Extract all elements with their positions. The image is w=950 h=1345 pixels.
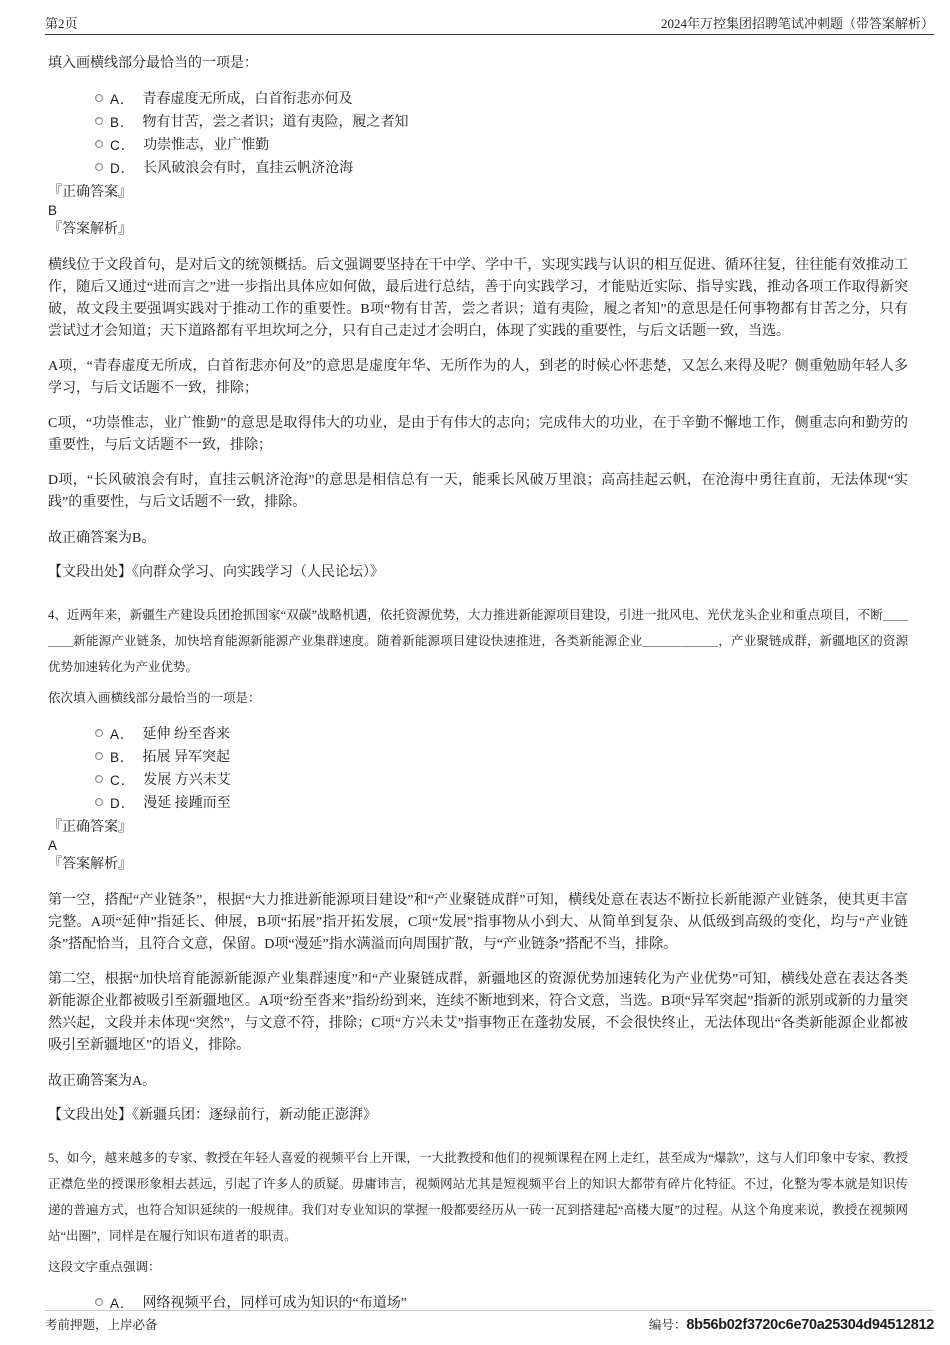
page-footer: 考前押题，上岸必备 编号：8b56b02f3720c6e70a25304d945… <box>0 1310 950 1333</box>
q4-analysis-paragraph: 第二空，根据“加快培育能源新能源产业集群速度”和“产业聚链成群，新疆地区的资源优… <box>48 969 908 1057</box>
option-text: 网络视频平台，同样可成为知识的“布道场” <box>143 1292 407 1312</box>
q4-source: 【文段出处】《新疆兵团：逐绿前行，新动能正澎湃》 <box>48 1105 908 1127</box>
option-letter: A． <box>110 88 135 108</box>
option-letter: D． <box>110 157 135 177</box>
radio-button-icon[interactable] <box>95 775 103 783</box>
q3-option-d[interactable]: D． 长风破浪会有时，直挂云帆济沧海 <box>48 155 908 178</box>
footer-divider <box>45 1310 934 1311</box>
option-letter: B． <box>110 746 135 766</box>
q3-analysis-paragraph: C项，“功崇惟志，业广惟勤”的意思是取得伟大的功业，是由于有伟大的志向；完成伟大… <box>48 413 908 457</box>
q4-options: A． 延伸 纷至沓来 B． 拓展 异军突起 C． 发展 方兴未艾 D． 漫延 接… <box>48 721 908 813</box>
q4-analysis-paragraph: 第一空，搭配“产业链条”，根据“大力推进新能源项目建设”和“产业聚链成群”可知，… <box>48 890 908 956</box>
option-text: 拓展 异军突起 <box>143 746 231 766</box>
radio-button-icon[interactable] <box>95 752 103 760</box>
q5-prompt: 这段文字重点强调： <box>48 1259 908 1276</box>
q3-options: A． 青春虚度无所成，白首衔悲亦何及 B． 物有甘苦，尝之者识；道有夷险，履之者… <box>48 86 908 178</box>
q3-prompt: 填入画横线部分最恰当的一项是： <box>48 55 908 72</box>
radio-button-icon[interactable] <box>95 729 103 737</box>
q3-option-a[interactable]: A． 青春虚度无所成，白首衔悲亦何及 <box>48 86 908 109</box>
footer-serial-value: 8b56b02f3720c6e70a25304d94512812 <box>686 1317 934 1333</box>
q4-correct-answer-header: 『正确答案』 <box>48 818 908 837</box>
q3-source: 【文段出处】《向群众学习、向实践学习（人民论坛）》 <box>48 562 908 584</box>
q4-option-b[interactable]: B． 拓展 异军突起 <box>48 744 908 767</box>
footer-slogan: 考前押题，上岸必备 <box>45 1315 158 1333</box>
radio-button-icon[interactable] <box>95 1298 103 1306</box>
q4-option-a[interactable]: A． 延伸 纷至沓来 <box>48 721 908 744</box>
q3-analysis-header: 『答案解析』 <box>48 220 908 239</box>
radio-button-icon[interactable] <box>95 798 103 806</box>
option-text: 漫延 接踵而至 <box>143 792 231 812</box>
q3-analysis-paragraph: 横线位于文段首句，是对后文的统领概括。后文强调要坚持在干中学、学中干，实现实践与… <box>48 255 908 343</box>
q4-prompt: 依次填入画横线部分最恰当的一项是： <box>48 690 908 707</box>
q4-option-c[interactable]: C． 发展 方兴未艾 <box>48 767 908 790</box>
option-text: 发展 方兴未艾 <box>143 769 231 789</box>
q3-conclusion: 故正确答案为B。 <box>48 528 908 550</box>
q3-option-b[interactable]: B． 物有甘苦，尝之者识；道有夷险，履之者知 <box>48 109 908 132</box>
option-letter: C． <box>110 769 135 789</box>
q3-analysis-paragraph: D项，“长风破浪会有时，直挂云帆济沧海”的意思是相信总有一天，能乘长风破万里浪；… <box>48 470 908 514</box>
radio-button-icon[interactable] <box>95 140 103 148</box>
page-number: 第2页 <box>45 13 78 32</box>
q3-correct-answer-header: 『正确答案』 <box>48 183 908 202</box>
q3-option-c[interactable]: C． 功崇惟志，业广惟勤 <box>48 132 908 155</box>
radio-button-icon[interactable] <box>95 94 103 102</box>
radio-button-icon[interactable] <box>95 163 103 171</box>
option-letter: B． <box>110 111 135 131</box>
footer-serial: 编号：8b56b02f3720c6e70a25304d94512812 <box>649 1315 934 1333</box>
q3-correct-answer: B <box>48 202 908 220</box>
option-text: 功崇惟志，业广惟勤 <box>143 134 269 154</box>
option-letter: C． <box>110 134 135 154</box>
document-title: 2024年万控集团招聘笔试冲刺题（带答案解析） <box>661 13 934 32</box>
page-header: 第2页 2024年万控集团招聘笔试冲刺题（带答案解析） <box>45 0 934 35</box>
option-letter: D． <box>110 792 135 812</box>
q4-conclusion: 故正确答案为A。 <box>48 1071 908 1093</box>
radio-button-icon[interactable] <box>95 117 103 125</box>
footer-serial-label: 编号： <box>649 1318 687 1332</box>
option-text: 物有甘苦，尝之者识；道有夷险，履之者知 <box>143 111 409 131</box>
option-text: 青春虚度无所成，白首衔悲亦何及 <box>143 88 353 108</box>
option-letter: A． <box>110 723 135 743</box>
option-text: 延伸 纷至沓来 <box>143 723 231 743</box>
q4-analysis-header: 『答案解析』 <box>48 855 908 874</box>
q4-option-d[interactable]: D． 漫延 接踵而至 <box>48 790 908 813</box>
option-letter: A． <box>110 1292 135 1312</box>
q4-correct-answer: A <box>48 837 908 855</box>
q3-analysis-paragraph: A项，“青春虚度无所成，白首衔悲亦何及”的意思是虚度年华、无所作为的人，到老的时… <box>48 356 908 400</box>
option-text: 长风破浪会有时，直挂云帆济沧海 <box>143 157 353 177</box>
document-body: 填入画横线部分最恰当的一项是： A． 青春虚度无所成，白首衔悲亦何及 B． 物有… <box>48 55 908 1313</box>
q4-stem: 4、近两年来，新疆生产建设兵团抢抓国家“双碳”战略机遇，依托资源优势，大力推进新… <box>48 602 908 680</box>
q5-stem: 5、如今，越来越多的专家、教授在年轻人喜爱的视频平台上开课，一大批教授和他们的视… <box>48 1145 908 1249</box>
